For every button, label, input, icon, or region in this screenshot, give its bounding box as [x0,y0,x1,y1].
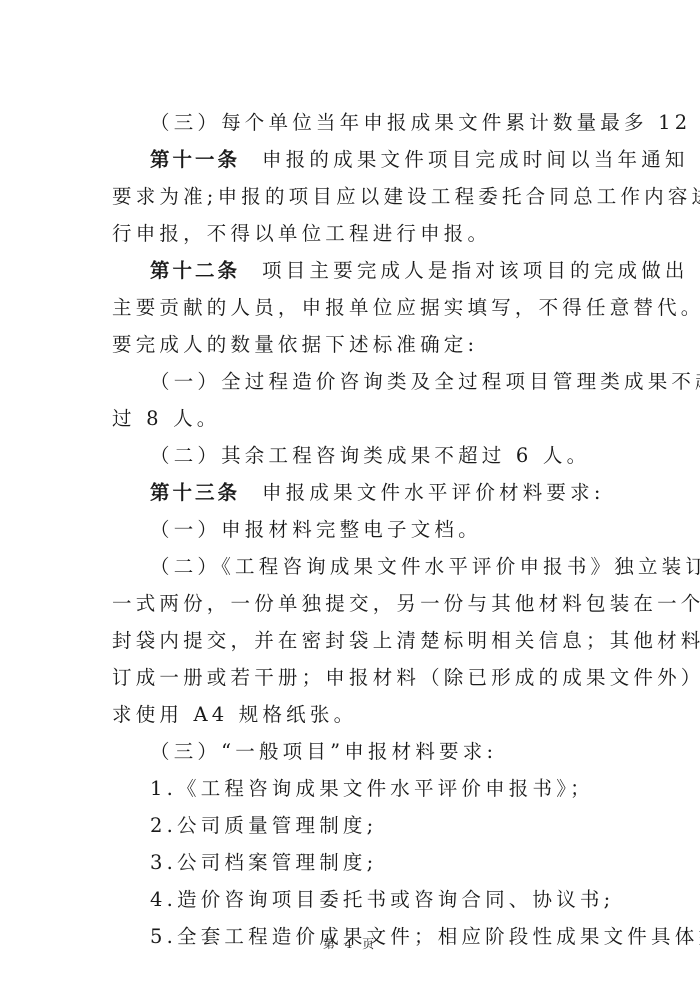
line-text: 过 8 人。 [112,407,221,430]
paragraph-line: （三）“一般项目”申报材料要求: [150,737,497,767]
line-text: （一）全过程造价咨询类及全过程项目管理类成果不超 [150,370,700,393]
line-text: 项目主要完成人是指对该项目的完成做出 [262,259,689,282]
paragraph-line: 行申报，不得以单位工程进行申报。 [112,219,491,249]
page-number: 第 4 页 [0,935,700,952]
article-number: 第十三条 [150,481,240,504]
paragraph-line: （一）申报材料完整电子文档。 [150,515,482,545]
line-text: 行申报，不得以单位工程进行申报。 [112,222,491,245]
paragraph-line: 求使用 A4 规格纸张。 [112,700,357,730]
paragraph-line: （三）每个单位当年申报成果文件累计数量最多 12 个。 [150,108,700,138]
list-item: 1.《工程咨询成果文件水平评价申报书》； [150,774,594,804]
line-text: （一）申报材料完整电子文档。 [150,518,482,541]
line-text: 要求为准;申报的项目应以建设工程委托合同总工作内容进 [112,185,700,208]
line-text: 求使用 A4 规格纸张。 [112,703,357,726]
paragraph-line: 一式两份，一份单独提交，另一份与其他材料包装在一个密 [112,589,700,619]
line-text: 4.造价咨询项目委托书或咨询合同、协议书; [150,888,614,911]
paragraph-line: （二）其余工程咨询类成果不超过 6 人。 [150,441,590,471]
paragraph-line: （一）全过程造价咨询类及全过程项目管理类成果不超 [150,367,700,397]
list-item: 2.公司质量管理制度; [150,811,377,841]
line-text: 申报的成果文件项目完成时间以当年通知 [262,148,689,171]
line-text: 主要贡献的人员，申报单位应据实填写，不得任意替代。主 [112,296,700,319]
list-item: 4.造价咨询项目委托书或咨询合同、协议书; [150,885,614,915]
line-text: 3.公司档案管理制度; [150,851,377,874]
line-text: （二）其余工程咨询类成果不超过 6 人。 [150,444,590,467]
paragraph-line: 封袋内提交，并在密封袋上清楚标明相关信息；其他材料装 [112,626,700,656]
paragraph-line: 主要贡献的人员，申报单位应据实填写，不得任意替代。主 [112,293,700,323]
line-text: 一式两份，一份单独提交，另一份与其他材料包装在一个密 [112,592,700,615]
line-text: （二）《工程咨询成果文件水平评价申报书》独立装订， [150,555,700,578]
article-heading-line: 第十三条申报成果文件水平评价材料要求: [150,478,605,508]
paragraph-line: 要完成人的数量依据下述标准确定: [112,330,478,360]
line-text: 2.公司质量管理制度; [150,814,377,837]
paragraph-line: （二）《工程咨询成果文件水平评价申报书》独立装订， [150,552,700,582]
paragraph-line: 过 8 人。 [112,404,221,434]
article-heading-line: 第十二条项目主要完成人是指对该项目的完成做出 [150,256,689,286]
line-text: 封袋内提交，并在密封袋上清楚标明相关信息；其他材料装 [112,629,700,652]
article-number: 第十一条 [150,148,240,171]
line-text: 要完成人的数量依据下述标准确定: [112,333,478,356]
line-text: 1.《工程咨询成果文件水平评价申报书》； [150,777,594,800]
paragraph-line: 订成一册或若干册；申报材料（除已形成的成果文件外）要 [112,663,700,693]
line-text: （三）“一般项目”申报材料要求: [150,740,497,763]
line-text: 申报成果文件水平评价材料要求: [262,481,605,504]
article-heading-line: 第十一条申报的成果文件项目完成时间以当年通知 [150,145,689,175]
article-number: 第十二条 [150,259,240,282]
line-text: （三）每个单位当年申报成果文件累计数量最多 12 个。 [150,111,700,134]
line-text: 订成一册或若干册；申报材料（除已形成的成果文件外）要 [112,666,700,689]
list-item: 3.公司档案管理制度; [150,848,377,878]
paragraph-line: 要求为准;申报的项目应以建设工程委托合同总工作内容进 [112,182,700,212]
